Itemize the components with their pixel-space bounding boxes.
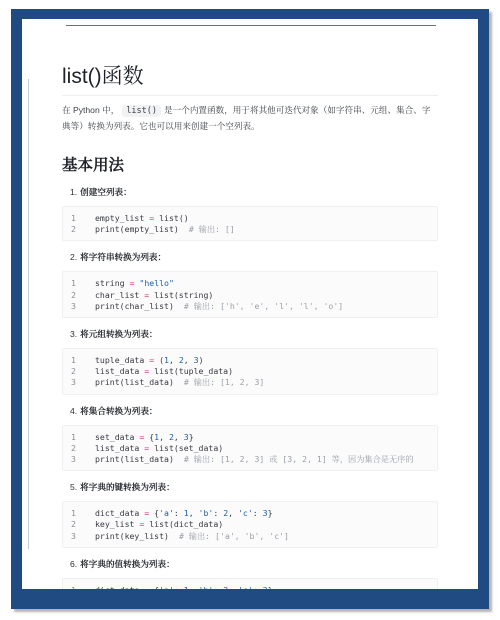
code-block[interactable]: 1string = "hello"2char_list = list(strin… bbox=[62, 271, 438, 318]
code-text: print(key_list) bbox=[95, 531, 169, 542]
code-comment: # 输出: ['a', 'b', 'c'] bbox=[179, 531, 289, 542]
code-text: dict_data = {'a': 1, 'b': 2, 'c': 3} bbox=[95, 508, 273, 519]
line-number: 1 bbox=[63, 508, 95, 519]
code-line: 1dict_data = {'a': 1, 'b': 2, 'c': 3} bbox=[63, 508, 437, 519]
example-title: 4.将集合转换为列表： bbox=[62, 405, 438, 417]
example-number: 5. bbox=[70, 482, 77, 492]
line-number: 1 bbox=[63, 432, 95, 443]
line-number: 2 bbox=[63, 290, 95, 301]
example-title-text: 将元组转换为列表： bbox=[80, 329, 157, 339]
line-number: 3 bbox=[63, 377, 95, 388]
code-text: print(empty_list) bbox=[95, 224, 179, 235]
example-title: 2.将字符串转换为列表： bbox=[62, 251, 438, 263]
document-page: list()函数 在 Python 中，list()是一个内置函数，用于将其他可… bbox=[22, 19, 478, 589]
example-title: 6.将字典的值转换为列表： bbox=[62, 558, 438, 570]
example-number: 2. bbox=[70, 252, 77, 262]
line-number: 2 bbox=[63, 366, 95, 377]
code-line: 3print(list_data)# 输出: [1, 2, 3] 或 [3, 2… bbox=[63, 454, 437, 465]
line-number: 3 bbox=[63, 454, 95, 465]
code-line: 1set_data = {1, 2, 3} bbox=[63, 432, 437, 443]
line-number: 1 bbox=[63, 355, 95, 366]
example-title-text: 将字符串转换为列表： bbox=[80, 252, 166, 262]
example-title: 5.将字典的键转换为列表： bbox=[62, 481, 438, 493]
code-block[interactable]: 1dict_data = {'a': 1, 'b': 2, 'c': 3}2va… bbox=[62, 578, 438, 589]
code-line: 2print(empty_list)# 输出: [] bbox=[63, 224, 437, 235]
article: list()函数 在 Python 中，list()是一个内置函数，用于将其他可… bbox=[62, 63, 438, 589]
example-title-text: 将字典的值转换为列表： bbox=[80, 559, 175, 569]
line-number: 1 bbox=[63, 585, 95, 589]
line-number: 1 bbox=[63, 278, 95, 289]
code-text: print(list_data) bbox=[95, 454, 174, 465]
code-line: 3print(list_data)# 输出: [1, 2, 3] bbox=[63, 377, 437, 388]
code-block[interactable]: 1tuple_data = (1, 2, 3)2list_data = list… bbox=[62, 348, 438, 395]
code-text: set_data = {1, 2, 3} bbox=[95, 432, 194, 443]
section-title: 基本用法 bbox=[62, 156, 438, 176]
code-line: 1dict_data = {'a': 1, 'b': 2, 'c': 3} bbox=[63, 585, 437, 589]
line-number: 3 bbox=[63, 301, 95, 312]
example-title: 3.将元组转换为列表： bbox=[62, 328, 438, 340]
code-line: 1empty_list = list() bbox=[63, 213, 437, 224]
examples-list: 1.创建空列表：1empty_list = list()2print(empty… bbox=[62, 186, 438, 589]
code-comment: # 输出: [1, 2, 3] 或 [3, 2, 1] 等，因为集合是无序的 bbox=[184, 454, 414, 465]
example-title: 1.创建空列表： bbox=[62, 186, 438, 198]
example-title-text: 将字典的键转换为列表： bbox=[80, 482, 175, 492]
code-text: list_data = list(set_data) bbox=[95, 443, 223, 454]
code-block[interactable]: 1empty_list = list()2print(empty_list)# … bbox=[62, 206, 438, 241]
line-number: 3 bbox=[63, 531, 95, 542]
page-title: list()函数 bbox=[62, 63, 438, 96]
example-number: 6. bbox=[70, 559, 77, 569]
code-line: 2key_list = list(dict_data) bbox=[63, 519, 437, 530]
code-line: 3print(key_list)# 输出: ['a', 'b', 'c'] bbox=[63, 531, 437, 542]
code-text: string = "hello" bbox=[95, 278, 174, 289]
intro-text-before: 在 Python 中， bbox=[62, 105, 119, 115]
code-text: tuple_data = (1, 2, 3) bbox=[95, 355, 204, 366]
code-line: 2char_list = list(string) bbox=[63, 290, 437, 301]
code-comment: # 输出: [1, 2, 3] bbox=[184, 377, 264, 388]
code-line: 1string = "hello" bbox=[63, 278, 437, 289]
code-text: dict_data = {'a': 1, 'b': 2, 'c': 3} bbox=[95, 585, 273, 589]
code-text: print(char_list) bbox=[95, 301, 174, 312]
example-number: 1. bbox=[70, 187, 77, 197]
intro-paragraph: 在 Python 中，list()是一个内置函数，用于将其他可迭代对象（如字符串… bbox=[62, 103, 438, 134]
top-rule bbox=[66, 25, 436, 26]
example-number: 4. bbox=[70, 406, 77, 416]
code-line: 2list_data = list(tuple_data) bbox=[63, 366, 437, 377]
line-number: 2 bbox=[63, 443, 95, 454]
code-comment: # 输出: [] bbox=[189, 224, 235, 235]
line-number: 1 bbox=[63, 213, 95, 224]
code-line: 3print(char_list)# 输出: ['h', 'e', 'l', '… bbox=[63, 301, 437, 312]
code-line: 2list_data = list(set_data) bbox=[63, 443, 437, 454]
code-line: 1tuple_data = (1, 2, 3) bbox=[63, 355, 437, 366]
example-number: 3. bbox=[70, 329, 77, 339]
example-title-text: 创建空列表： bbox=[80, 187, 132, 197]
code-text: print(list_data) bbox=[95, 377, 174, 388]
code-block[interactable]: 1dict_data = {'a': 1, 'b': 2, 'c': 3}2ke… bbox=[62, 501, 438, 548]
code-text: list_data = list(tuple_data) bbox=[95, 366, 233, 377]
code-comment: # 输出: ['h', 'e', 'l', 'l', 'o'] bbox=[184, 301, 343, 312]
line-number: 2 bbox=[63, 519, 95, 530]
left-rule bbox=[28, 79, 29, 549]
line-number: 2 bbox=[63, 224, 95, 235]
example-title-text: 将集合转换为列表： bbox=[80, 406, 157, 416]
code-block[interactable]: 1set_data = {1, 2, 3}2list_data = list(s… bbox=[62, 425, 438, 472]
inline-code: list() bbox=[122, 105, 161, 117]
code-text: char_list = list(string) bbox=[95, 290, 213, 301]
code-text: key_list = list(dict_data) bbox=[95, 519, 223, 530]
code-text: empty_list = list() bbox=[95, 213, 189, 224]
